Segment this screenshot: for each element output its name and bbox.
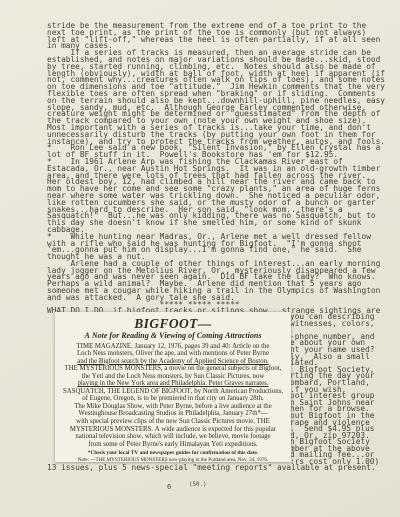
clipping-body-line: and the Bigfoot search by the Academy of… bbox=[55, 358, 291, 366]
clipping-body-line: Westinghouse Broadcasting Studios in Phi… bbox=[55, 410, 291, 418]
clipping-body: TIME MAGAZINE, January 12, 1976, pages 3… bbox=[55, 343, 291, 449]
typed-right-column: you can describingwitnesses, colors, -ph… bbox=[290, 314, 379, 466]
clipping-body-line: from some of Peter Byrne's early Himalay… bbox=[55, 441, 291, 449]
newspaper-clipping: BIGFOOT— A Note for Reading & Viewing of… bbox=[55, 312, 291, 462]
clipping-title: BIGFOOT— bbox=[55, 317, 291, 331]
clipping-body-line: SASQUATCH, THE LEGEND OF BIGFOOT, by Nor… bbox=[55, 388, 291, 396]
clipping-body-line: The Mike Douglas Show, with Peter Byrne,… bbox=[55, 403, 291, 411]
clipping-body-line: of Eugene, Oregon, is to be premiered in… bbox=[55, 395, 291, 403]
typed-column-line: witnesses, colors, bbox=[290, 321, 379, 328]
typed-line: this day she doesn't know if she smelled… bbox=[47, 220, 385, 227]
clipping-body-line: THE MYSTERIOUS MONSTERS, a movie on the … bbox=[55, 365, 291, 373]
scanned-page: stride be the measurement from the extre… bbox=[0, 0, 400, 517]
clipping-note: Note: —THE MYSTERIOUS MONSTERS now playi… bbox=[55, 457, 291, 463]
clipping-subtitle: A Note for Reading & Viewing of Coming A… bbox=[55, 331, 291, 340]
clipping-body-line: the Yeti and the Loch Ness monsters, by … bbox=[55, 373, 291, 381]
clipping-body-line: Loch Ness monsters, Oliver the ape, and … bbox=[55, 350, 291, 358]
page-number: 6 bbox=[167, 483, 171, 491]
clipping-body-line: playing in the New York area and Philade… bbox=[55, 380, 291, 388]
clipping-body-line: with special preview clips of the new Su… bbox=[55, 418, 291, 426]
typed-body-block: stride be the measurement from the extre… bbox=[47, 23, 385, 315]
bottom-typed-line: 13 issues, plus 5 news-special "meeting … bbox=[47, 465, 376, 472]
clipping-body-line: TIME MAGAZINE, January 12, 1976, pages 3… bbox=[55, 343, 291, 351]
clipping-body-line: national television show, which will inc… bbox=[55, 433, 291, 441]
clipping-body-line: MYSTERIOUS MONSTERS. A wide audience is … bbox=[55, 426, 291, 434]
page-number-secondary: (50.) bbox=[189, 482, 206, 488]
clipping-footnote: *Check your local TV and newspaper guide… bbox=[55, 450, 291, 456]
